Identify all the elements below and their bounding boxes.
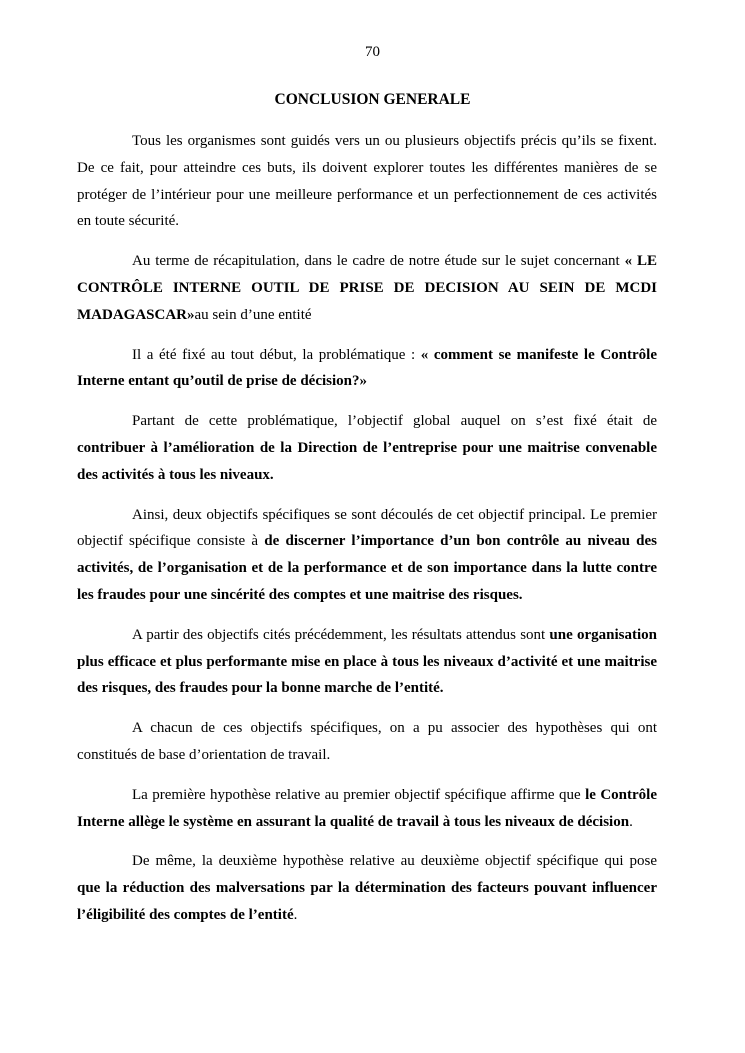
paragraph: Il a été fixé au tout début, la probléma… (77, 342, 657, 396)
bold-text-run: contribuer à l’amélioration de la Direct… (77, 440, 657, 483)
text-run: Partant de cette problématique, l’object… (132, 413, 657, 429)
paragraph: Tous les organismes sont guidés vers un … (77, 128, 657, 235)
paragraph: A chacun de ces objectifs spécifiques, o… (77, 715, 657, 769)
paragraph: Partant de cette problématique, l’object… (77, 408, 657, 488)
text-run: De même, la deuxième hypothèse relative … (132, 853, 657, 869)
text-run: . (629, 814, 633, 830)
document-content: Tous les organismes sont guidés vers un … (77, 128, 657, 929)
text-run: La première hypothèse relative au premie… (132, 787, 585, 803)
text-run: au sein d’une entité (195, 307, 312, 323)
text-run: A chacun de ces objectifs spécifiques, o… (77, 720, 657, 763)
document-page: { "page": { "number": "70", "title": "CO… (0, 0, 745, 1053)
paragraph: La première hypothèse relative au premie… (77, 782, 657, 836)
paragraph: De même, la deuxième hypothèse relative … (77, 848, 657, 928)
page-number: 70 (0, 43, 745, 62)
text-run: Il a été fixé au tout début, la probléma… (132, 347, 421, 363)
text-run: Au terme de récapitulation, dans le cadr… (132, 253, 625, 269)
paragraph: Ainsi, deux objectifs spécifiques se son… (77, 502, 657, 609)
bold-text-run: que la réduction des malversations par l… (77, 880, 657, 923)
document-sheet: 70 CONCLUSION GENERALE Tous les organism… (0, 0, 745, 1053)
page-title: CONCLUSION GENERALE (0, 90, 745, 110)
paragraph: Au terme de récapitulation, dans le cadr… (77, 248, 657, 328)
paragraph: A partir des objectifs cités précédemmen… (77, 622, 657, 702)
text-run: . (294, 907, 298, 923)
text-run: Tous les organismes sont guidés vers un … (77, 133, 657, 229)
text-run: A partir des objectifs cités précédemmen… (132, 627, 549, 643)
